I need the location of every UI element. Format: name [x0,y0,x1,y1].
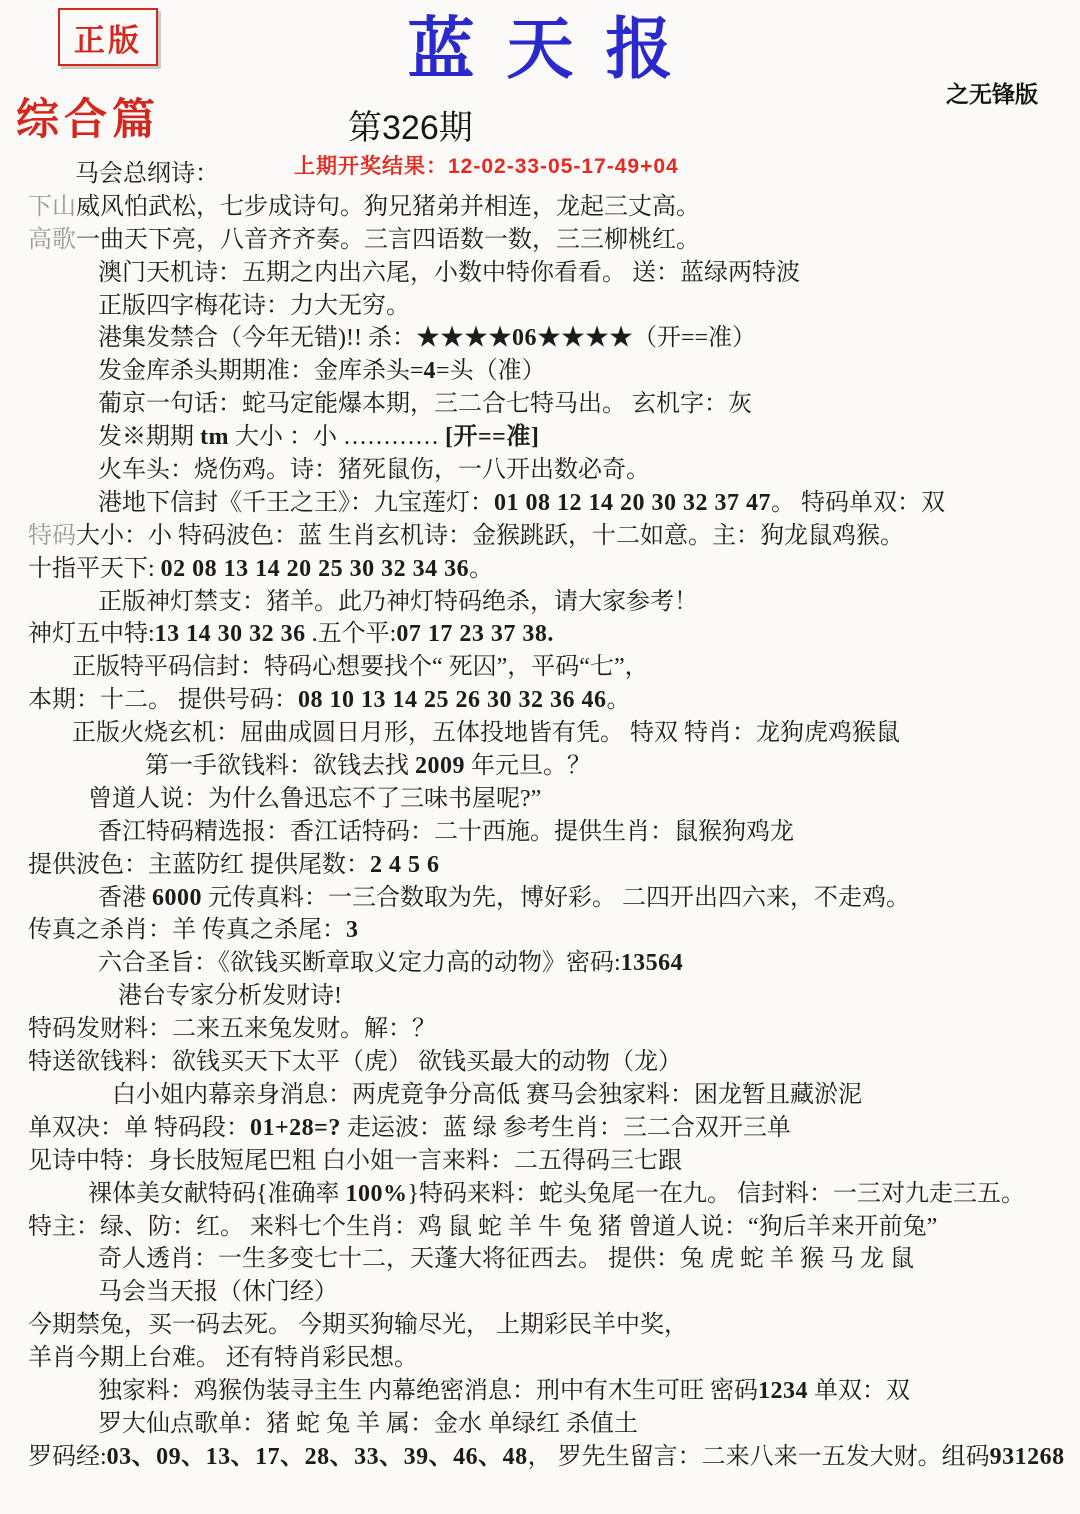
text-run: 羊肖今期上台难。 还有特肖彩民想。 [28,1345,418,1371]
report-line: 高歌一曲天下亮，八音齐齐奏。三言四语数一数，三三柳桃红。 [0,224,1080,257]
report-line: 罗码经:03、09、13、17、28、33、39、46、48， 罗先生留言：二来… [0,1441,1080,1474]
report-line: 发金库杀头期期准：金库杀头=4=头（准） [0,355,1080,388]
text-run: ， 罗先生留言：二来八来一五发大财。组码 [528,1444,990,1470]
text-run: 马会当天报（休门经） [98,1279,338,1305]
text-run: 单双：双 [808,1378,910,1404]
report-line: 港地下信封《千王之王》：九宝莲灯：01 08 12 14 20 30 32 37… [0,487,1080,520]
text-run: 元传真料：一三合数取为先，博好彩。 二四开出四六来，不走鸡。 [202,885,910,911]
text-run: 香江特码精选报：香江话特码：二十西施。提供生肖：鼠猴狗鸡龙 [98,819,794,845]
report-line: 香港 6000 元传真料：一三合数取为先，博好彩。 二四开出四六来，不走鸡。 [0,882,1080,915]
report-line: 神灯五中特:13 14 30 32 36 .五个平:07 17 23 37 38… [0,618,1080,651]
number-run: 08 10 13 14 25 26 30 32 36 46 [298,687,607,713]
report-line: 特送欲钱料：欲钱买天下太平（虎） 欲钱买最大的动物（龙） [0,1046,1080,1079]
report-line: 曾道人说：为什么鲁迅忘不了三味书屋呢?” [0,783,1080,816]
number-run: tm [200,424,229,450]
report-line: 传真之杀肖：羊 传真之杀尾：3 [0,914,1080,947]
report-line: 今期禁兔，买一码去死。 今期买狗输尽光， 上期彩民羊中奖， [0,1309,1080,1342]
number-run: 3 [346,917,359,943]
text-run: 港集发禁合（今年无错)!! 杀：★★★★ [98,325,512,351]
text-run: 神灯五中特: [28,621,155,647]
text-run: 特码发财料：二来五来兔发财。解：？ [28,1016,436,1042]
text-run: 奇人透肖：一生多变七十二，天蓬大将征西去。 提供：兔 虎 蛇 羊 猴 马 龙 鼠 [98,1246,914,1272]
report-line: 提供波色：主蓝防红 提供尾数：2 4 5 6 [0,849,1080,882]
text-run: 大小：小 特码波色：蓝 生肖玄机诗：金猴跳跃，十二如意。主：狗龙鼠鸡猴。 [76,523,904,549]
text-run: 葡京一句话：蛇马定能爆本期，三二合七特马出。 玄机字：灰 [98,391,752,417]
number-run: 2009 [415,753,465,779]
text-run: 下山 [28,194,76,220]
report-line: 十指平天下: 02 08 13 14 20 25 30 32 34 36。 [0,553,1080,586]
number-run: 1234 [758,1378,808,1404]
number-run: 6000 [152,885,202,911]
text-run: ★★★★（开==准） [537,325,756,351]
text-run: 白小姐内幕亲身消息：两虎竟争分高低 赛马会独家料：困龙暂且藏淤泥 [112,1082,862,1108]
text-run: 发※期期 [98,424,200,450]
report-line: 裸体美女献特码{准确率 100%}特码来料：蛇头兔尾一在九。 信封料：一三对九走… [0,1178,1080,1211]
text-run: 一曲天下亮，八音齐齐奏。三言四语数一数，三三柳桃红。 [76,227,700,253]
number-run: 02 08 13 14 20 25 30 32 34 36 [161,556,470,582]
text-run: 港地下信封《千王之王》：九宝莲灯： [98,490,494,516]
text-run: 发金库杀头期期准：金库杀头= [98,358,424,384]
text-run: 。 [469,556,493,582]
report-body: 马会总纲诗：下山威风怕武松，七步成诗句。狗兄猪弟并相连，龙起三丈高。高歌一曲天下… [0,158,1080,1474]
edition-label: 之无锋版 [946,76,1038,109]
text-run: 裸体美女献特码{准确率 [88,1181,346,1207]
text-run: 香港 [98,885,152,911]
report-line: 六合圣旨：《欲钱买断章取义定力高的动物》密码:13564 [0,947,1080,980]
text-run: 走运波：蓝 绿 参考生肖：三二合双开三单 [341,1115,791,1141]
report-line: 独家料：鸡猴伪装寻主生 内幕绝密消息：刑中有木生可旺 密码1234 单双：双 [0,1375,1080,1408]
text-run: 六合圣旨：《欲钱买断章取义定力高的动物》密码: [98,950,621,976]
text-run: 年元旦。？ [465,753,591,779]
text-run: 。 特码单双：双 [771,490,945,516]
text-run: 威风怕武松，七步成诗句。狗兄猪弟并相连，龙起三丈高。 [76,194,700,220]
report-line: 羊肖今期上台难。 还有特肖彩民想。 [0,1342,1080,1375]
number-run: 01 08 12 14 20 30 32 37 47 [494,490,771,516]
text-run: 本期：十二。 提供号码： [28,687,298,713]
report-line: 香江特码精选报：香江话特码：二十西施。提供生肖：鼠猴狗鸡龙 [0,816,1080,849]
number-run: 13564 [621,950,684,976]
report-line: 特主：绿、防：红。 来料七个生肖：鸡 鼠 蛇 羊 牛 兔 猪 曾道人说：“狗后羊… [0,1211,1080,1244]
number-run: 2 4 5 6 [370,852,440,878]
report-line: 罗大仙点歌单：猪 蛇 兔 羊 属：金水 单绿红 杀值土 [0,1408,1080,1441]
text-run: 今期禁兔，买一码去死。 今期买狗输尽光， 上期彩民羊中奖， [28,1312,688,1338]
text-run: 特送欲钱料：欲钱买天下太平（虎） 欲钱买最大的动物（龙） [28,1049,682,1075]
text-run: 港台专家分析发财诗! [118,983,342,1009]
text-run: 单双决：单 特码段： [28,1115,250,1141]
text-run: 独家料：鸡猴伪装寻主生 内幕绝密消息：刑中有木生可旺 密码 [98,1378,758,1404]
report-line: 特码发财料：二来五来兔发财。解：？ [0,1013,1080,1046]
report-line: 见诗中特：身长肢短尾巴粗 白小姐一言来料：二五得码三七跟 [0,1145,1080,1178]
text-run: 正版四字梅花诗：力大无穷。 [98,293,410,319]
report-line: 第一手欲钱料：欲钱去找 2009 年元旦。？ [0,750,1080,783]
report-line: 本期：十二。 提供号码：08 10 13 14 25 26 30 32 36 4… [0,684,1080,717]
report-line: 正版特平码信封：特码心想要找个“ 死囚”，平码“七”， [0,651,1080,684]
text-run: }特码来料：蛇头兔尾一在九。 信封料：一三对九走三五。 [408,1181,1026,1207]
report-line: 发※期期 tm 大小 ：小 ………… [开==准] [0,421,1080,454]
text-run: 正版特平码信封：特码心想要找个“ 死囚”，平码“七”， [72,654,649,680]
text-run: 正版火烧玄机：屈曲成圆日月形，五体投地皆有凭。 特双 特肖：龙狗虎鸡猴鼠 [72,720,900,746]
text-run: 传真之杀肖：羊 传真之杀尾： [28,917,346,943]
text-run: 正版神灯禁支：猪羊。此乃神灯特码绝杀，请大家参考！ [98,589,698,615]
text-run: 罗大仙点歌单：猪 蛇 兔 羊 属：金水 单绿红 杀值土 [98,1411,638,1437]
text-run: 十指平天下: [28,556,161,582]
report-line: 白小姐内幕亲身消息：两虎竟争分高低 赛马会独家料：困龙暂且藏淤泥 [0,1079,1080,1112]
text-run: 。 [607,687,631,713]
text-run: =头（准） [436,358,546,384]
report-line: 港集发禁合（今年无错)!! 杀：★★★★06★★★★（开==准） [0,322,1080,355]
text-run: 高歌 [28,227,76,253]
text-run: 提供波色：主蓝防红 提供尾数： [28,852,370,878]
text-run: 特主：绿、防：红。 来料七个生肖：鸡 鼠 蛇 羊 牛 兔 猪 曾道人说：“狗后羊… [28,1214,937,1240]
report-line: 葡京一句话：蛇马定能爆本期，三二合七特马出。 玄机字：灰 [0,388,1080,421]
report-line: 正版火烧玄机：屈曲成圆日月形，五体投地皆有凭。 特双 特肖：龙狗虎鸡猴鼠 [0,717,1080,750]
number-run: 06 [512,325,537,351]
text-run: .五个平: [306,621,397,647]
number-run: 13 14 30 32 36 [155,621,306,647]
report-line: 马会当天报（休门经） [0,1276,1080,1309]
report-line: 澳门天机诗：五期之内出六尾，小数中特你看看。 送：蓝绿两特波 [0,257,1080,290]
number-run: 4 [424,358,437,384]
report-line: 下山威风怕武松，七步成诗句。狗兄猪弟并相连，龙起三丈高。 [0,191,1080,224]
text-run: 马会总纲诗： [75,161,219,187]
paper-title: 蓝天报 [80,0,1000,92]
issue-number: 第326期 [348,100,473,149]
text-run: 罗码经: [28,1444,107,1470]
report-line: 特码大小：小 特码波色：蓝 生肖玄机诗：金猴跳跃，十二如意。主：狗龙鼠鸡猴。 [0,520,1080,553]
text-run: 大小 ：小 ………… [229,424,445,450]
number-run: 07 17 23 37 38. [396,621,554,647]
text-run: 特码 [28,523,76,549]
text-run: 第一手欲钱料：欲钱去找 [145,753,415,779]
lottery-tip-sheet: { "header": { "badge": "正版", "title": "蓝… [0,0,1080,1514]
number-run: 03、09、13、17、28、33、39、46、48 [107,1444,528,1470]
report-line: 马会总纲诗： [0,158,1080,191]
text-run: 火车头：烧伤鸡。诗：猪死鼠伤，一八开出数必奇。 [98,457,650,483]
report-line: 正版神灯禁支：猪羊。此乃神灯特码绝杀，请大家参考！ [0,586,1080,619]
number-run: 100% [346,1181,408,1207]
number-run: [开==准] [445,424,539,450]
report-line: 正版四字梅花诗：力大无穷。 [0,290,1080,323]
text-run: 曾道人说：为什么鲁迅忘不了三味书屋呢?” [88,786,541,812]
number-run: 01+28=? [250,1115,341,1141]
report-line: 火车头：烧伤鸡。诗：猪死鼠伤，一八开出数必奇。 [0,454,1080,487]
text-run: 澳门天机诗：五期之内出六尾，小数中特你看看。 送：蓝绿两特波 [98,260,800,286]
report-line: 单双决：单 特码段：01+28=? 走运波：蓝 绿 参考生肖：三二合双开三单 [0,1112,1080,1145]
number-run: 931268 [990,1444,1065,1470]
text-run: 见诗中特：身长肢短尾巴粗 白小姐一言来料：二五得码三七跟 [28,1148,682,1174]
report-line: 港台专家分析发财诗! [0,980,1080,1013]
section-title: 综合篇 [16,86,160,147]
report-line: 奇人透肖：一生多变七十二，天蓬大将征西去。 提供：兔 虎 蛇 羊 猴 马 龙 鼠 [0,1243,1080,1276]
